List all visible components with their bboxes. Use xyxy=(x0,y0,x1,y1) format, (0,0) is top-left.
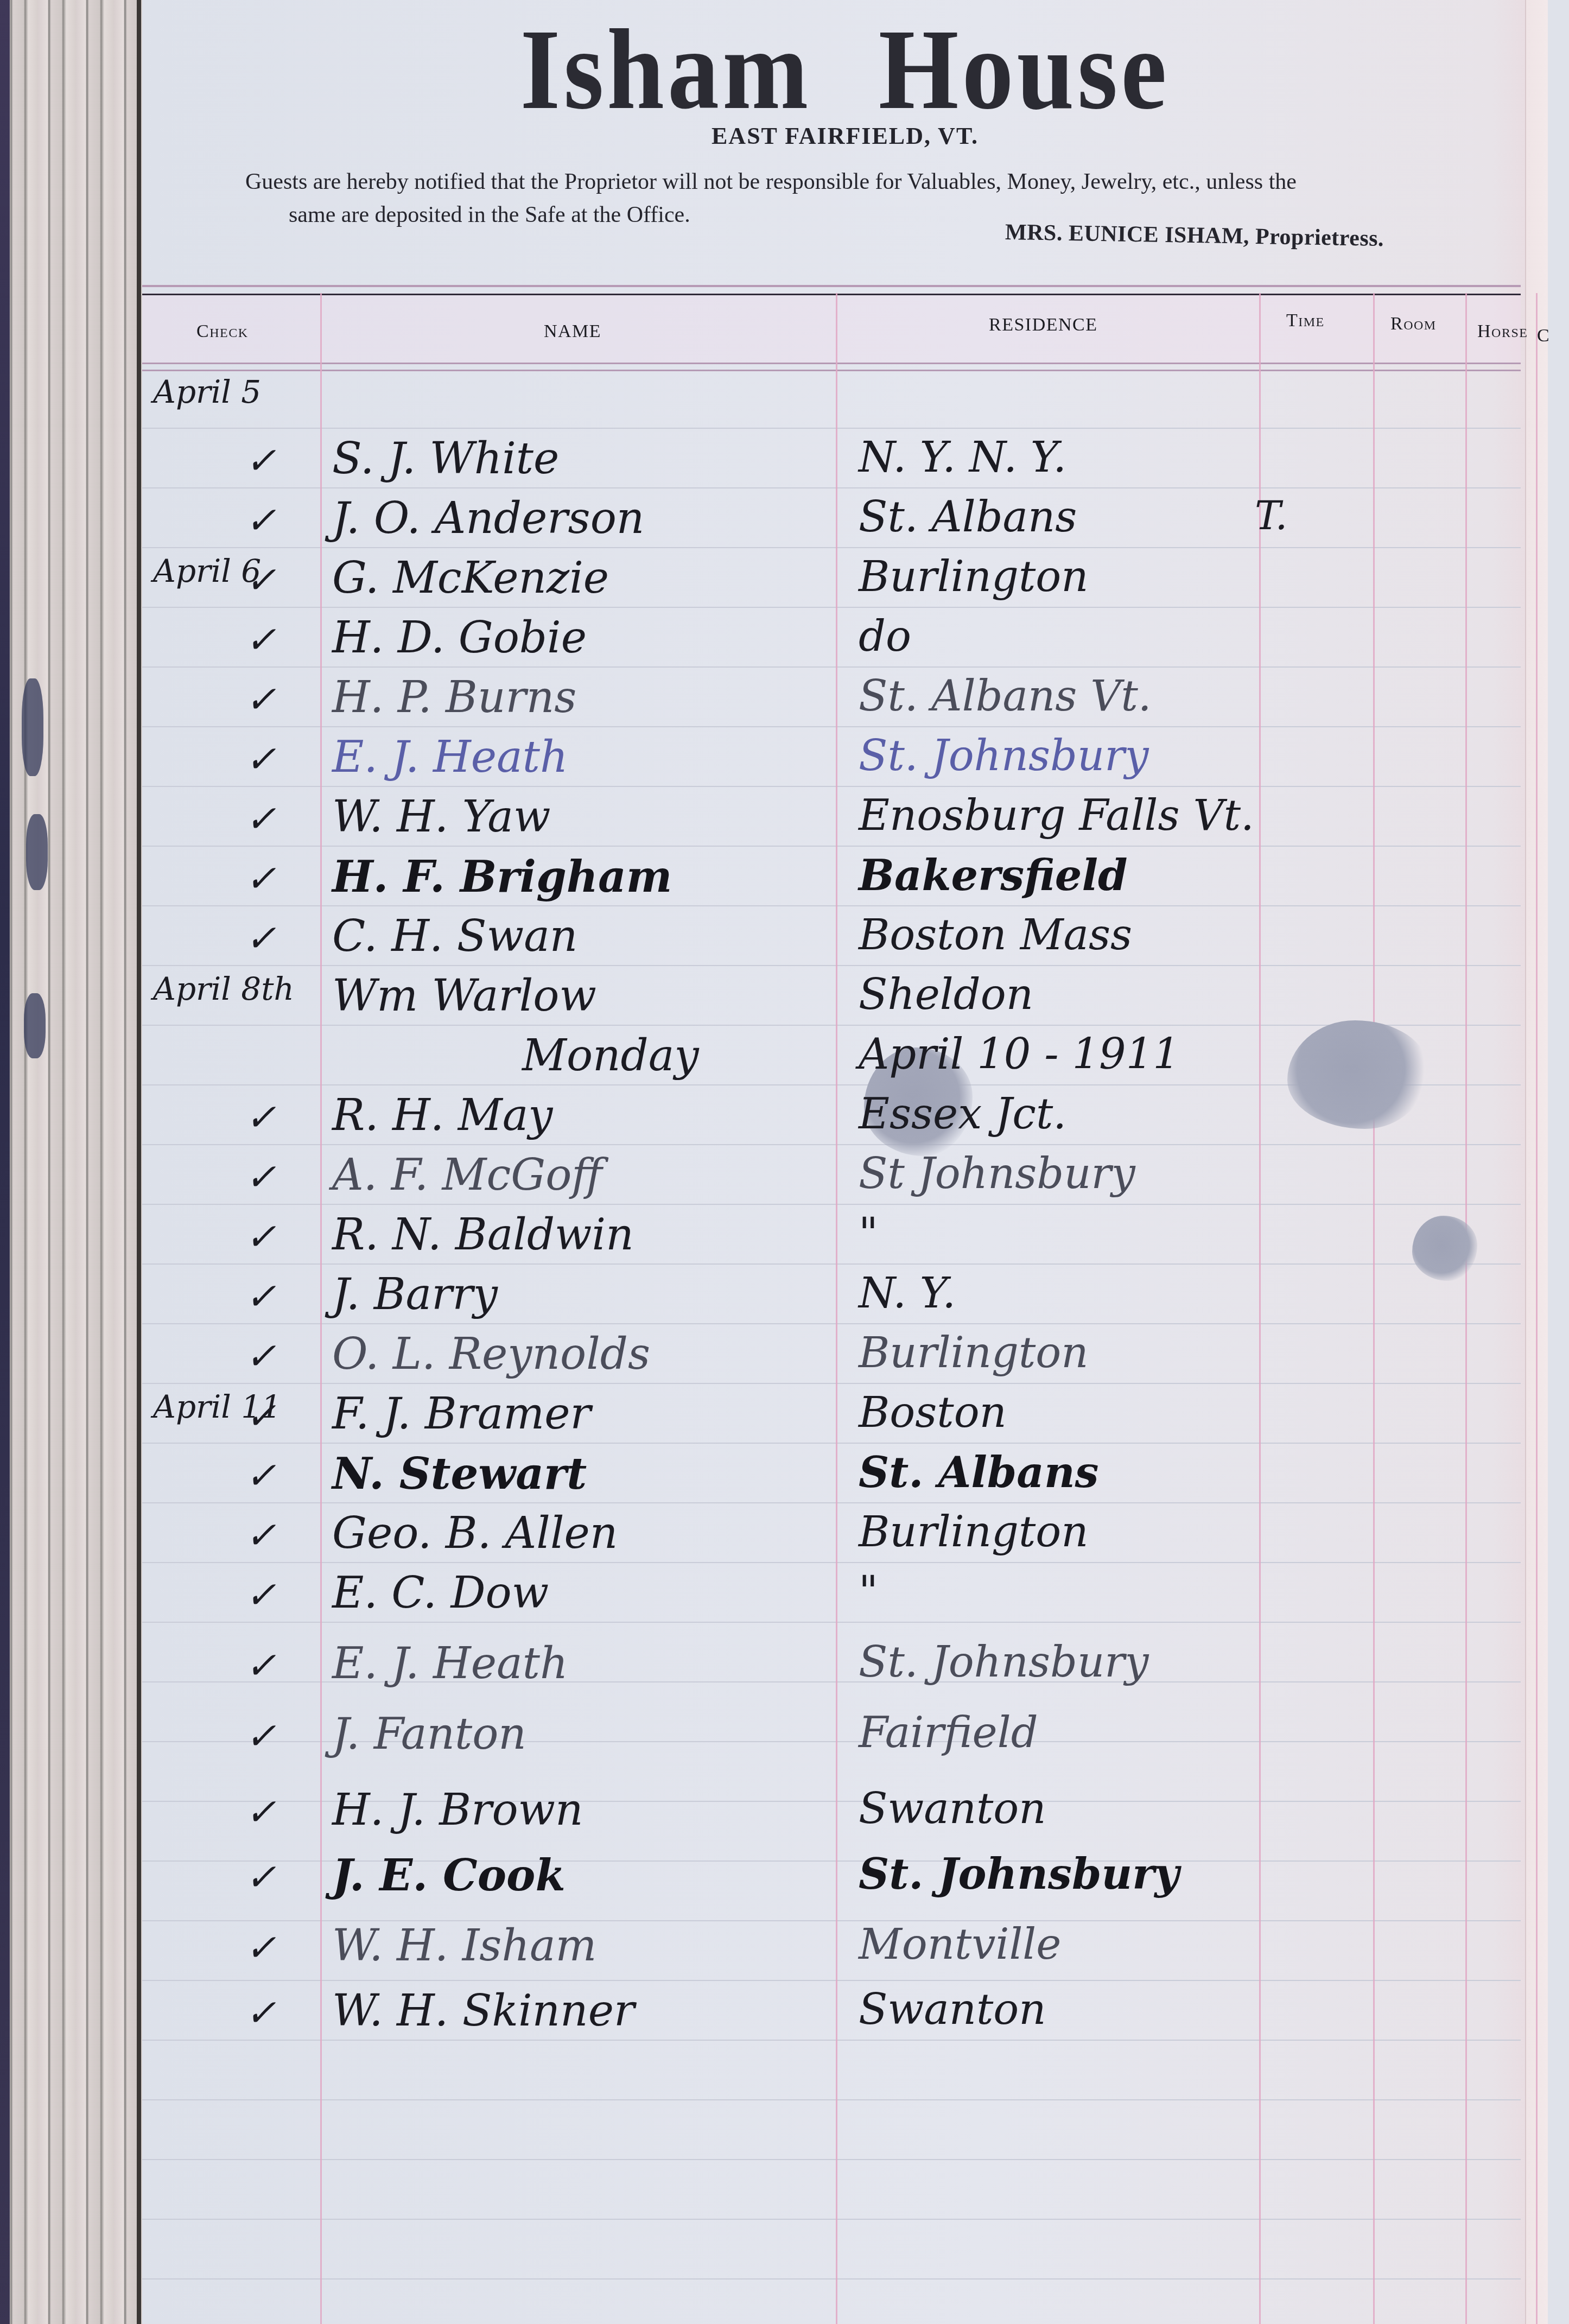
check-mark: ✓ xyxy=(245,1455,276,1497)
check-mark: ✓ xyxy=(245,1715,276,1758)
register-row: ✓ W. H. Yaw Enosburg Falls Vt. xyxy=(142,787,1521,847)
guest-name: J. E. Cook xyxy=(332,1850,566,1901)
check-mark: ✓ xyxy=(245,1992,276,2035)
guest-name: Wm Warlow xyxy=(332,970,596,1021)
register-row: ✓ J. Fanton Fairfield xyxy=(142,1704,1521,1764)
guest-residence: St. Albans Vt. xyxy=(859,672,1152,721)
check-mark: ✓ xyxy=(245,678,276,721)
register-row: ✓ E. C. Dow " xyxy=(142,1563,1521,1623)
guest-residence: Burlington xyxy=(859,1329,1088,1377)
column-header-room: Room xyxy=(1390,314,1437,334)
guest-name: G. McKenzie xyxy=(332,553,609,603)
guest-name: N. Stewart xyxy=(332,1448,587,1499)
register-row: ✓ E. J. Heath St. Johnsbury xyxy=(142,727,1521,787)
column-header-check: Check xyxy=(196,321,249,342)
register-row: ✓ R. H. May Essex Jct. xyxy=(142,1085,1521,1145)
check-mark: ✓ xyxy=(245,1791,276,1834)
register-row: ✓ H. P. Burns St. Albans Vt. xyxy=(142,668,1521,727)
guest-name: W. H. Yaw xyxy=(332,791,551,842)
guest-residence: St. Albans xyxy=(859,493,1077,542)
register-row: ✓ W. H. Skinner Swanton xyxy=(142,1981,1521,2041)
column-header-cut-off: C xyxy=(1537,326,1550,346)
guest-residence: Enosburg Falls Vt. xyxy=(859,791,1254,840)
guest-name: W. H. Isham xyxy=(332,1920,596,1971)
column-rule xyxy=(1536,293,1538,2324)
guest-residence: Fairfield xyxy=(859,1709,1038,1757)
guest-residence: Montville xyxy=(859,1920,1061,1969)
guest-residence: Sheldon xyxy=(859,970,1033,1019)
check-mark: ✓ xyxy=(245,1216,276,1259)
register-row: April 6 ✓ G. McKenzie Burlington xyxy=(142,548,1521,608)
check-mark: ✓ xyxy=(245,1395,276,1438)
check-mark: ✓ xyxy=(245,1574,276,1617)
guest-residence: " xyxy=(859,1209,878,1258)
guest-name: E. C. Dow xyxy=(332,1567,549,1618)
hotel-title: Isham House xyxy=(142,12,1548,128)
register-row: April 11 ✓ F. J. Bramer Boston xyxy=(142,1384,1521,1444)
register-row: ✓ N. Stewart St. Albans xyxy=(142,1444,1521,1503)
guest-name: E. J. Heath xyxy=(332,732,568,782)
register-row: ✓ C. H. Swan Boston Mass xyxy=(142,906,1521,966)
header-top-rule xyxy=(142,285,1521,295)
register-row: April 5 xyxy=(142,369,1521,429)
column-header-residence: RESIDENCE xyxy=(989,315,1098,335)
guest-name: E. J. Heath xyxy=(332,1638,568,1688)
guest-residence: Bakersfield xyxy=(859,851,1128,900)
hotel-location: EAST FAIRFIELD, VT. xyxy=(142,122,1548,150)
check-mark: ✓ xyxy=(245,1335,276,1378)
register-row: ✓ J. E. Cook St. Johnsbury xyxy=(142,1845,1521,1905)
guest-residence: St. Johnsbury xyxy=(859,1850,1179,1899)
guest-name: H. F. Brigham xyxy=(332,851,672,902)
register-row: ✓ H. F. Brigham Bakersfield xyxy=(142,847,1521,906)
date-heading-row: Monday April 10 - 1911 xyxy=(142,1026,1521,1085)
guest-residence: " xyxy=(859,1567,878,1616)
check-mark: ✓ xyxy=(245,440,276,482)
check-mark: ✓ xyxy=(245,1275,276,1318)
check-mark: ✓ xyxy=(245,1856,276,1899)
register-row: ✓ Geo. B. Allen Burlington xyxy=(142,1503,1521,1563)
register-row: ✓ J. O. Anderson St. Albans T. xyxy=(142,488,1521,548)
register-row: ✓ R. N. Baldwin " xyxy=(142,1205,1521,1265)
check-mark: ✓ xyxy=(245,858,276,900)
edge-stain xyxy=(22,678,43,776)
guest-name: R. H. May xyxy=(332,1090,553,1140)
guest-residence: N. Y. xyxy=(859,1269,956,1318)
column-header-row: Check NAME RESIDENCE Time Room Horse C xyxy=(142,293,1521,363)
check-mark: ✓ xyxy=(245,499,276,542)
guest-name: Geo. B. Allen xyxy=(332,1508,618,1558)
guest-name: R. N. Baldwin xyxy=(332,1209,634,1260)
guest-name: J. Fanton xyxy=(332,1709,526,1759)
check-mark: ✓ xyxy=(245,559,276,602)
entry-date: April 8th xyxy=(153,970,294,1007)
column-header-name: NAME xyxy=(544,321,601,342)
register-row: ✓ H. D. Gobie do xyxy=(142,608,1521,668)
notice-line-1: Guests are hereby notified that the Prop… xyxy=(245,169,1297,194)
register-row: ✓ E. J. Heath St. Johnsbury xyxy=(142,1634,1521,1693)
column-header-horse: Horse xyxy=(1477,321,1528,342)
guest-residence: Boston Mass xyxy=(859,911,1132,960)
liability-notice: Guests are hereby notified that the Prop… xyxy=(245,166,1548,232)
register-row: ✓ A. F. McGoff St Johnsbury xyxy=(142,1145,1521,1205)
register-row: ✓ J. Barry N. Y. xyxy=(142,1265,1521,1324)
column-header-time: Time xyxy=(1286,310,1325,331)
guest-name: O. L. Reynolds xyxy=(332,1329,650,1379)
page-gutter-rule xyxy=(137,0,141,2324)
guest-name: H. J. Brown xyxy=(332,1785,583,1835)
guest-residence: St Johnsbury xyxy=(859,1150,1135,1198)
guest-residence: N. Y. N. Y. xyxy=(859,433,1066,482)
guest-residence: Burlington xyxy=(859,553,1088,601)
book-page-edges xyxy=(0,0,142,2324)
guest-residence: St. Albans xyxy=(859,1448,1099,1497)
guest-residence: Essex Jct. xyxy=(859,1090,1066,1139)
guest-name: J. O. Anderson xyxy=(332,493,644,543)
full-date: April 10 - 1911 xyxy=(859,1030,1180,1079)
guest-name: C. H. Swan xyxy=(332,911,577,961)
check-mark: ✓ xyxy=(245,619,276,662)
check-mark: ✓ xyxy=(245,1096,276,1139)
guest-residence: Swanton xyxy=(859,1785,1046,1833)
register-page: Isham House EAST FAIRFIELD, VT. Guests a… xyxy=(142,0,1548,2324)
guest-residence: St. Johnsbury xyxy=(859,1638,1149,1687)
guest-residence: Boston xyxy=(859,1388,1007,1437)
guest-name: H. D. Gobie xyxy=(332,612,587,663)
check-mark: ✓ xyxy=(245,1927,276,1970)
guest-residence: Swanton xyxy=(859,1985,1046,2034)
register-row: ✓ W. H. Isham Montville xyxy=(142,1916,1521,1976)
book-cover xyxy=(0,0,10,2324)
register-row: April 8th Wm Warlow Sheldon xyxy=(142,966,1521,1026)
check-mark: ✓ xyxy=(245,738,276,781)
day-of-week: Monday xyxy=(522,1030,699,1081)
guest-residence: Burlington xyxy=(859,1508,1088,1557)
guest-name: H. P. Burns xyxy=(332,672,576,722)
check-mark: ✓ xyxy=(245,1644,276,1687)
entry-date: April 5 xyxy=(153,373,261,410)
guest-name: W. H. Skinner xyxy=(332,1985,634,2036)
register-row: ✓ H. J. Brown Swanton xyxy=(142,1780,1521,1840)
check-mark: ✓ xyxy=(245,917,276,960)
guest-name: A. F. McGoff xyxy=(332,1150,602,1200)
guest-residence: do xyxy=(859,612,911,661)
check-mark: ✓ xyxy=(245,1514,276,1557)
check-mark: ✓ xyxy=(245,1156,276,1199)
edge-stain xyxy=(26,814,48,890)
register-row: ✓ O. L. Reynolds Burlington xyxy=(142,1324,1521,1384)
time-note: T. xyxy=(1255,493,1287,538)
edge-stain xyxy=(24,993,46,1058)
guest-name: F. J. Bramer xyxy=(332,1388,591,1439)
register-row: ✓ S. J. White N. Y. N. Y. xyxy=(142,429,1521,488)
guest-residence: St. Johnsbury xyxy=(859,732,1149,780)
guest-name: J. Barry xyxy=(332,1269,498,1319)
guest-name: S. J. White xyxy=(332,433,559,484)
check-mark: ✓ xyxy=(245,798,276,841)
